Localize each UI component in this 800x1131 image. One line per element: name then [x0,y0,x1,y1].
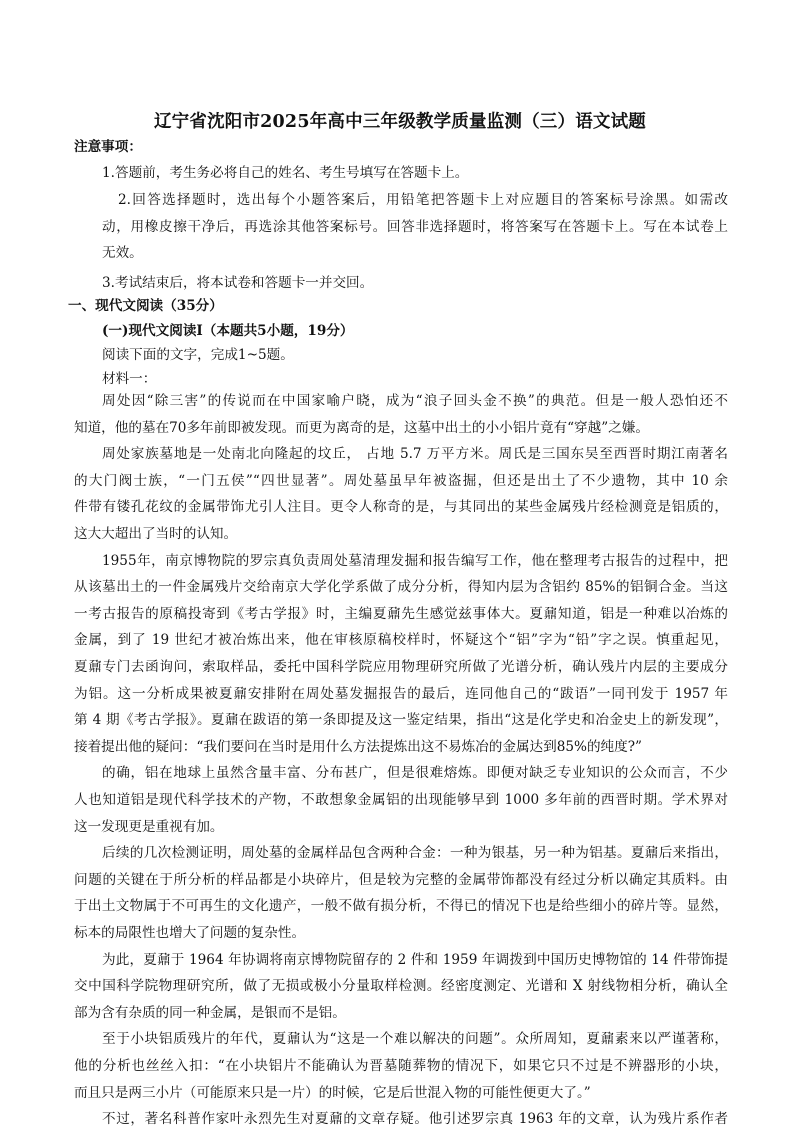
passage-line: 的确，铝在地球上虽然含量丰富、分布甚广，但是很难熔炼。即便对缺乏专业知识的公众而… [102,764,728,782]
section-heading: 一、现代文阅读（35分） [68,297,722,315]
passage-line: 一考古报告的原稿投寄到《考古学报》时，主编夏鼐先生感觉兹事体大。夏鼐知道，铝是一… [74,605,728,623]
passage-line: 接着提出他的疑问：“我们要问在当时是用什么方法提炼出这不易炼冶的金属达到85%的… [74,738,728,756]
passage-line: 标本的局限性也增大了问题的复杂性。 [74,924,728,942]
reading-instruction: 阅读下面的文字，完成1~5题。 [102,346,756,364]
section-subheading: (一)现代文阅读Ⅰ（本题共5小题，19分） [102,322,756,340]
document-title: 辽宁省沈阳市2025年高中三年级教学质量监测（三）语文试题 [0,108,800,133]
notice-item-2: 2.回答选择题时，选出每个小题答案后，用铅笔把答题卡上对应题目的答案标号涂黑。如… [118,191,728,209]
passage-line: 他的分析也丝丝入扣：“在小块铝片不能确认为晋墓随葬物的情况下，如果它只不过是不辨… [74,1057,728,1075]
material-label: 材料一： [102,370,756,388]
passage-line: 件带有镂孔花纹的金属带饰尤引人注目。更令人称奇的是，与其同出的某些金属残片经检测… [74,498,728,516]
passage-line: 后续的几次检测证明，周处墓的金属样品包含两种合金：一种为银基，另一种为铝基。夏鼐… [102,844,728,862]
passage-line: 这一发现更是重视有加。 [74,818,728,836]
exam-page: 辽宁省沈阳市2025年高中三年级教学质量监测（三）语文试题 注意事项： 1.答题… [0,0,800,1131]
passage-line: 金属，到了 19 世纪才被冶炼出来，他在审核原稿校样时，怀疑这个“铝”字为“铅”… [74,631,728,649]
passage-line: 从该墓出土的一件金属残片交给南京大学化学系做了成分分析，得知内层为含铝约 85%… [74,578,728,596]
passage-line: 周处家族墓地是一处南北向隆起的坟丘， 占地 5.7 万平方米。周氏是三国东吴至西… [102,445,728,463]
notice-item-1: 1.答题前，考生务必将自己的姓名、考生号填写在答题卡上。 [102,164,728,182]
passage-line: 不过，著名科普作家叶永烈先生对夏鼐的文章存疑。他引述罗宗真 1963 年的文章，… [102,1110,728,1128]
passage-line: 知道，他的墓在70多年前即被发现。而更为离奇的是，这墓中出土的小小铝片竟有“穿越… [74,419,728,437]
notice-heading: 注意事项： [74,138,728,156]
notice-item-2-end: 无效。 [102,244,756,262]
passage-line: 问题的关键在于所分析的样品都是小块碎片，但是较为完整的金属带饰都没有经过分析以确… [74,871,728,889]
passage-line: 第 4 期《考古学报》。夏鼐在跋语的第一条即提及这一鉴定结果，指出“这是化学史和… [74,711,728,729]
passage-line: 周处因“除三害”的传说而在中国家喻户晓，成为“浪子回头金不换”的典范。但是一般人… [102,392,728,410]
passage-line: 而且只是两三小片（可能原来只是一片）的时候，它是后世混入物的可能性便更大了。” [74,1084,728,1102]
passage-line: 至于小块铝质残片的年代，夏鼐认为“这是一个难以解决的问题”。众所周知，夏鼐素来以… [102,1030,728,1048]
passage-line: 为铝。这一分析成果被夏鼐安排附在周处墓发掘报告的最后，连同他自己的“跋语”一同刊… [74,685,728,703]
passage-line: 于出土文物属于不可再生的文化遗产，一般不做有损分析，不得已的情况下也是给些细小的… [74,897,728,915]
passage-line: 为此，夏鼐于 1964 年协调将南京博物院留存的 2 件和 1959 年调拨到中… [102,951,728,969]
notice-item-3: 3.考试结束后，将本试卷和答题卡一并交回。 [102,274,756,292]
passage-line: 1955年，南京博物院的罗宗真负责周处墓清理发掘和报告编写工作，他在整理考古报告… [102,552,728,570]
passage-line: 这大大超出了当时的认知。 [74,525,728,543]
passage-line: 交中国科学院物理研究所，做了无损或极小分量取样检测。经密度测定、光谱和 X 射线… [74,977,728,995]
passage-line: 的大门阀士族，“一门五侯”“四世显著”。周处墓虽早年被盗掘，但还是出土了不少遗物… [74,472,728,490]
notice-item-2-cont: 动，用橡皮擦干净后，再选涂其他答案标号。回答非选择题时，将答案写在答题卡上。写在… [102,218,728,236]
passage-line: 夏鼐专门去函询问，索取样品，委托中国科学院应用物理研究所做了光谱分析，确认残片内… [74,658,728,676]
passage-line: 人也知道铝是现代科学技术的产物，不敢想象金属铝的出现能够早到 1000 多年前的… [74,791,728,809]
passage-line: 部为含有杂质的同一种金属，是银而不是铝。 [74,1004,728,1022]
